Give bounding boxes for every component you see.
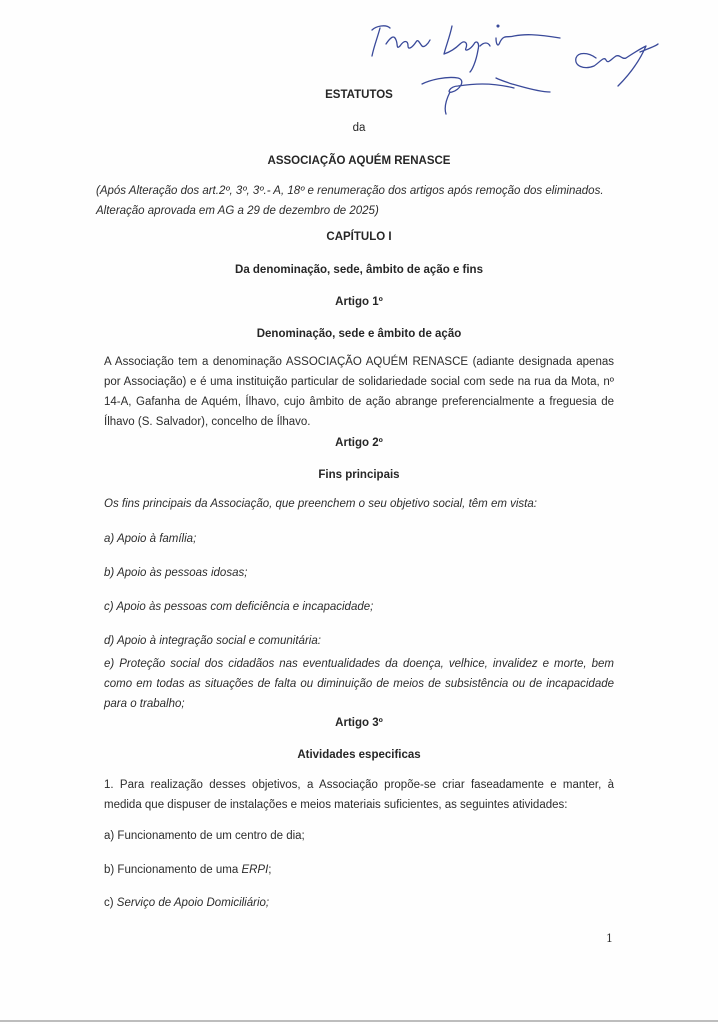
handwritten-signatures <box>300 0 718 120</box>
association-name: ASSOCIAÇÃO AQUÉM RENASCE <box>0 155 718 167</box>
article-1-body: A Associação tem a denominação ASSOCIAÇÃ… <box>104 352 614 432</box>
item-prefix: a) <box>104 830 117 842</box>
article-3-label: Artigo 3º <box>0 717 718 729</box>
article-2-intro: Os fins principais da Associação, que pr… <box>104 494 614 514</box>
item-text: Funcionamento de uma <box>117 864 241 876</box>
article-3-item-a: a) Funcionamento de um centro de dia; <box>104 826 614 846</box>
item-emphasis: ERPI <box>241 864 268 876</box>
chapter-label: CAPÍTULO I <box>0 231 718 243</box>
item-prefix: c) <box>104 897 117 909</box>
document-page: ESTATUTOS da ASSOCIAÇÃO AQUÉM RENASCE (A… <box>0 0 718 1024</box>
article-1-title: Denominação, sede e âmbito de ação <box>0 328 718 340</box>
article-2-item-e: e) Proteção social dos cidadãos nas even… <box>104 654 614 714</box>
title-connector: da <box>0 122 718 134</box>
amendment-note: (Após Alteração dos art.2º, 3º, 3º.- A, … <box>96 181 616 221</box>
article-2-label: Artigo 2º <box>0 437 718 449</box>
article-2-item-b: b) Apoio às pessoas idosas; <box>104 563 614 583</box>
chapter-title: Da denominação, sede, âmbito de ação e f… <box>0 264 718 276</box>
article-2-item-d: d) Apoio à integração social e comunitár… <box>104 631 614 651</box>
document-title: ESTATUTOS <box>0 89 718 101</box>
article-1-label: Artigo 1º <box>0 296 718 308</box>
item-prefix: b) <box>104 864 117 876</box>
item-text: Funcionamento de um centro de dia; <box>117 830 304 842</box>
item-suffix: ; <box>268 864 271 876</box>
scan-bottom-edge <box>0 1020 718 1022</box>
article-2-item-a: a) Apoio à família; <box>104 529 614 549</box>
article-3-item-b: b) Funcionamento de uma ERPI; <box>104 860 614 880</box>
page-number: 1 <box>606 932 613 945</box>
article-2-item-c: c) Apoio às pessoas com deficiência e in… <box>104 597 614 617</box>
article-3-intro: 1. Para realização desses objetivos, a A… <box>104 775 614 815</box>
item-emphasis: Serviço de Apoio Domiciliário; <box>117 897 269 909</box>
article-3-title: Atividades especificas <box>0 749 718 761</box>
article-3-item-c: c) Serviço de Apoio Domiciliário; <box>104 893 614 913</box>
article-2-title: Fins principais <box>0 469 718 481</box>
